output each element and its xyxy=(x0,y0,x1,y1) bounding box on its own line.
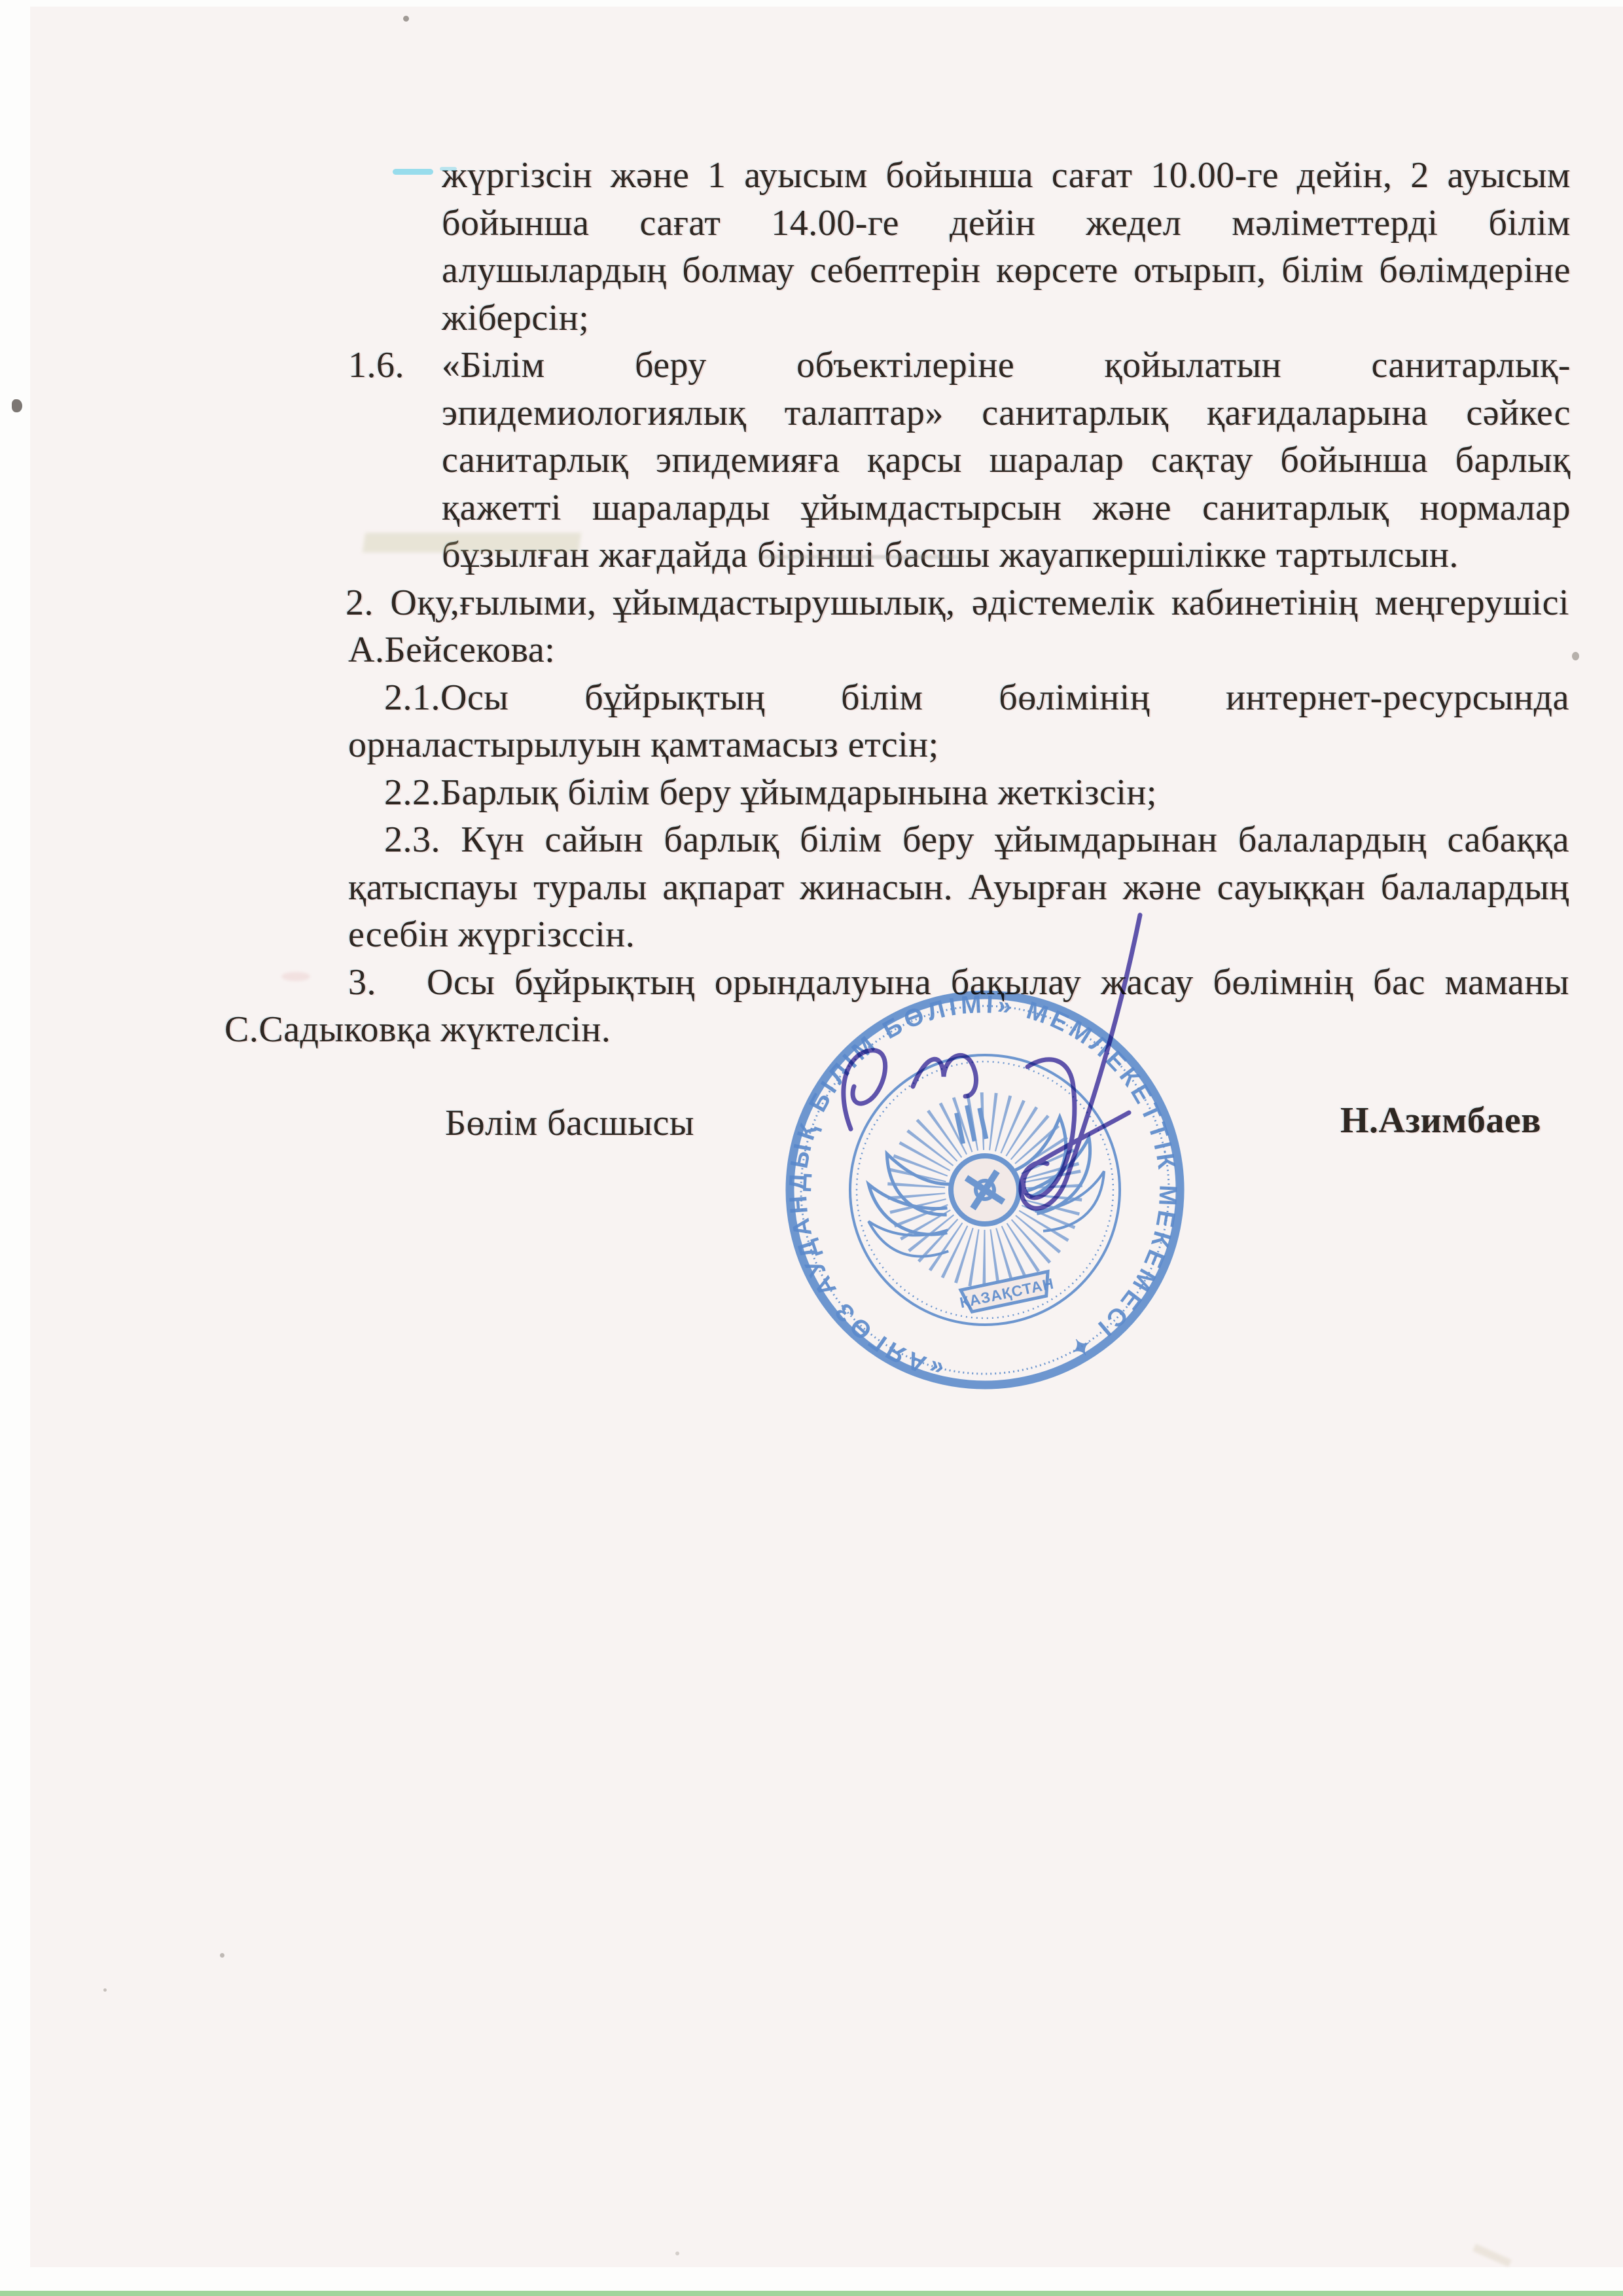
signer-role-label: Бөлім басшысы xyxy=(445,1100,694,1147)
body-line: «Білім беру объектілеріне қойылатын сани… xyxy=(442,342,1571,389)
body-line: 1.6. xyxy=(348,342,404,389)
body-line: 2.3. Күн сайын барлық білім беру ұйымдар… xyxy=(384,816,1569,863)
body-line: есебін жүргізссін. xyxy=(348,911,635,958)
scan-artifact-smudge xyxy=(281,972,310,981)
body-line: А.Бейсекова: xyxy=(348,626,555,673)
handwritten-signature xyxy=(753,864,1211,1289)
scanner-edge-top xyxy=(0,0,1623,7)
body-line: эпидемиологиялық талаптар» санитарлық қа… xyxy=(442,389,1571,437)
body-line: 2.1.Осы бұйрықтың білім бөлімінің интерн… xyxy=(384,674,1569,721)
scan-artifact-cyan-dash xyxy=(393,169,433,175)
scan-speck xyxy=(220,1953,224,1958)
body-line: жіберсін; xyxy=(442,295,589,342)
body-line: алушылардың болмау себептерін көрсете от… xyxy=(442,247,1571,294)
body-line: 2. Оқу,ғылыми, ұйымдастырушылық, әдістем… xyxy=(346,579,1569,626)
scan-speck xyxy=(675,2251,679,2255)
signer-name: Н.Азимбаев xyxy=(1340,1097,1541,1144)
scan-speck xyxy=(12,399,22,412)
body-line: жүргізсін және 1 ауысым бойынша сағат 10… xyxy=(442,152,1571,199)
scanner-edge-left xyxy=(0,0,30,2296)
scan-speck xyxy=(403,16,409,22)
body-line: бойынша сағат 14.00-ге дейін жедел мәлім… xyxy=(442,200,1571,247)
body-line: қажетті шараларды ұйымдастырсын және сан… xyxy=(442,484,1571,531)
scan-artifact-microtext xyxy=(762,555,959,559)
body-line: 2.2.Барлық білім беру ұйымдарынына жеткі… xyxy=(384,769,1157,816)
scanned-document-page: жүргізсін және 1 ауысым бойынша сағат 10… xyxy=(0,0,1623,2296)
scan-speck xyxy=(103,1988,107,1992)
scan-speck xyxy=(1572,652,1579,660)
body-line: орналастырылуын қамтамасыз етсін; xyxy=(348,721,939,768)
scan-artifact-cyan-dash xyxy=(440,167,457,171)
body-line: санитарлық эпидемияға қарсы шаралар сақт… xyxy=(442,437,1571,484)
body-line: С.Садыковқа жүктелсін. xyxy=(224,1006,611,1053)
scan-artifact-smudge xyxy=(1472,2244,1512,2267)
body-line: 3. xyxy=(348,959,376,1006)
scan-artifact-ghost-text xyxy=(363,533,581,552)
scanner-edge-line xyxy=(0,2291,1623,2296)
signature-ink-icon xyxy=(753,864,1211,1289)
